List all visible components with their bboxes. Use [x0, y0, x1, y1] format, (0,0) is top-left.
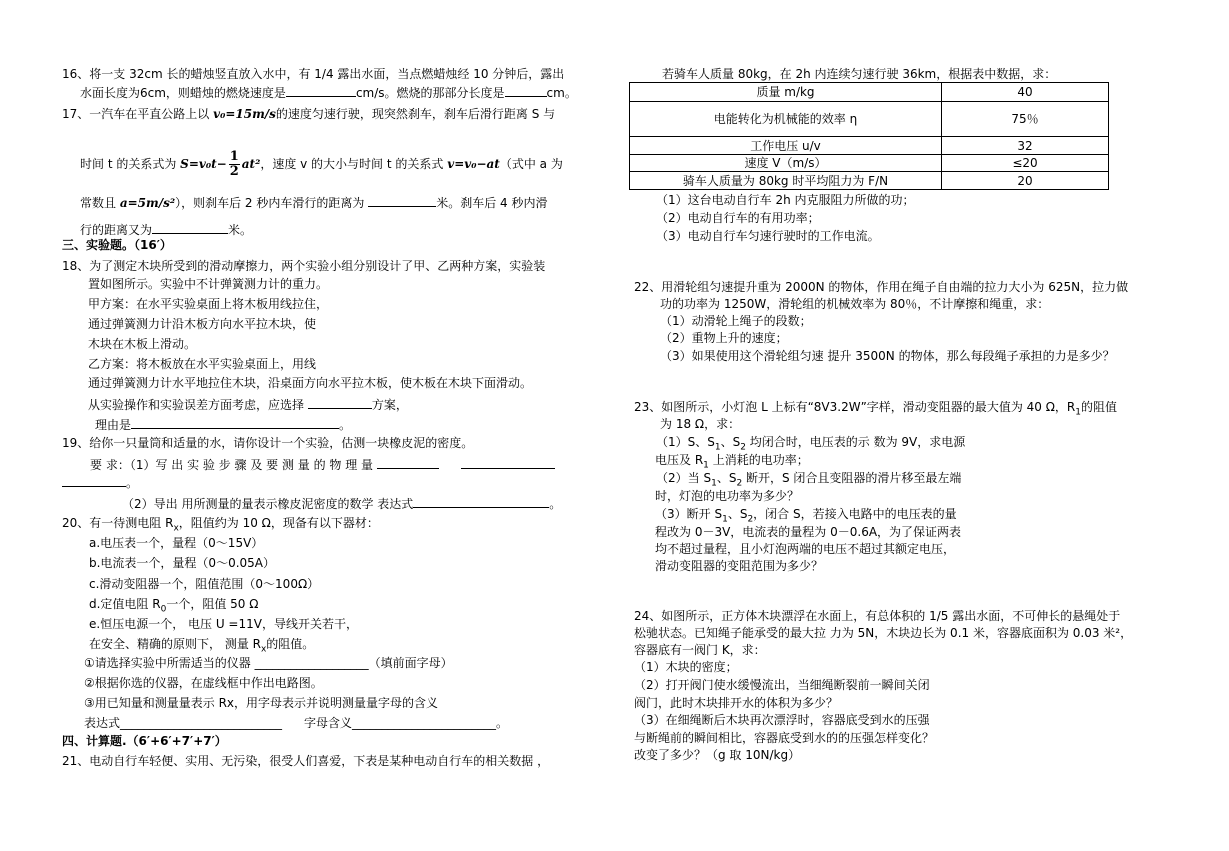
q16-blank-length[interactable] — [505, 84, 547, 97]
q16-line2: 水面长度为6cm，则蜡烛的燃烧速度是cm/s。燃烧的那部分长度是cm。 — [80, 84, 577, 101]
q19-line1: 19、给你一只量筒和适量的水，请你设计一个实验，估测一块橡皮泥的密度。 — [62, 435, 473, 451]
q18-line6: 乙方案：将木板放在水平实验桌面上，用线 — [88, 356, 316, 372]
q17-line3: 常数且 a=5m/s²），则刹车后 2 秒内车滑行的距离为 米。刹车后 4 秒内… — [80, 194, 547, 211]
q18-line2: 置如图所示。实验中不计弹簧测力计的重力。 — [88, 276, 328, 292]
table-row: 电能转化为机械能的效率 η75％ — [630, 102, 1109, 137]
q22-line2: 功的功率为 1250W，滑轮组的机械效率为 80％，不计摩擦和绳重，求： — [660, 296, 1049, 312]
q18-line3: 甲方案：在水平实验桌面上将木板用线拉住， — [88, 296, 328, 312]
q17-blank-4s[interactable] — [152, 221, 228, 234]
q18-line8: 从实验操作和实验误差方面考虑，应选择 方案， — [88, 396, 408, 413]
section-heading-experiments: 三、实验题。（16′） — [62, 237, 172, 253]
ebike-spec-table: 质量 m/kg40 电能转化为机械能的效率 η75％ 工作电压 u/v32 速度… — [629, 82, 1109, 190]
q20-item-e: e.恒压电源一个， 电压 U =11V，导线开关若干， — [89, 616, 358, 632]
q23-part2-cont: 时，灯泡的电功率为多少？ — [655, 488, 799, 504]
formula-v0: v₀=15m/s — [213, 107, 276, 121]
q19-blank-a[interactable] — [377, 456, 439, 469]
q19-blank-c[interactable] — [62, 474, 126, 487]
q24-part3-cont: 与断绳前的瞬间相比，容器底受到水的的压强怎样变化？ — [634, 730, 934, 746]
q21-continuation: 若骑车人质量 80kg，在 2h 内连续匀速行驶 36km，根据表中数据，求： — [662, 66, 1056, 82]
table-row: 工作电压 u/v32 — [630, 137, 1109, 155]
q24-part2: （2）打开阀门使水缓慢流出，当细绳断裂前一瞬间关闭 — [634, 677, 930, 693]
q16-line1: 16、将一支 32cm 长的蜡烛竖直放入水中，有 1/4 露出水面，当点燃蜡烛经… — [62, 66, 564, 82]
q19-blank-b[interactable] — [461, 456, 555, 469]
q20-blank-instruments[interactable]: ___________________ — [255, 656, 369, 670]
q18-blank-choice[interactable] — [308, 396, 372, 409]
fraction-half: 12 — [229, 150, 240, 179]
q24-line3: 容器底有一阀门 K，求： — [634, 642, 766, 658]
q18-line4: 通过弹簧测力计沿木板方向水平拉木块，使 — [88, 316, 316, 332]
q20-blank-meaning[interactable]: 字母含义________________________。 — [304, 716, 508, 730]
q22-part1: （1）动滑轮上绳子的段数； — [660, 313, 812, 329]
q20-item-c: c.滑动变阻器一个，阻值范围（0～100Ω） — [89, 576, 319, 592]
q18-line1: 18、为了测定木块所受到的滑动摩擦力，两个实验小组分别设计了甲、乙两种方案，实验… — [62, 258, 545, 274]
q19-line3: 。 — [62, 474, 138, 491]
formula-s: S=v₀t− — [180, 157, 227, 171]
q20-line1: 20、有一待测电阻 Rx，阻值约为 10 Ω，现备有以下器材： — [62, 515, 379, 536]
q24-part1: （1）木块的密度； — [634, 659, 738, 675]
q22-part2: （2）重物上升的速度； — [660, 330, 788, 346]
q24-part2-cont: 阀门，此时木块排开水的体积为多少？ — [634, 695, 838, 711]
q19-blank-expr[interactable] — [413, 495, 549, 508]
q24-part3-end: 改变了多少？（g 取 10N/kg） — [634, 747, 800, 763]
q22-part3: （3）如果使用这个滑轮组匀速 提升 3500N 的物体，那么每段绳子承担的力是多… — [660, 348, 1115, 364]
q20-sub3: ③用已知量和测量量表示 Rx，用字母表示并说明测量量字母的含义 — [84, 695, 438, 711]
q20-item-a: a.电压表一个，量程（0～15V） — [89, 535, 263, 551]
q17-line4: 行的距离又为米。 — [80, 221, 252, 238]
q20-expression: 表达式___________________________字母含义______… — [84, 715, 508, 731]
q20-item-b: b.电流表一个，量程（0～0.05A） — [89, 555, 275, 571]
q20-item-d: d.定值电阻 R0一个，阻值 50 Ω — [89, 596, 258, 617]
q20-sub1: ①请选择实验中所需适当的仪器 ___________________（填前面字母… — [84, 655, 453, 671]
q20-blank-expression[interactable]: 表达式___________________________ — [84, 716, 282, 730]
q17-line1: 17、一汽车在平直公路上以 v₀=15m/s的速度匀速行驶，现突然刹车，刹车后滑… — [62, 106, 555, 122]
section-heading-calculation: 四、计算题.（6′+6′+7′+7′） — [62, 733, 227, 749]
q18-line7: 通过弹簧测力计水平地拉住木块，沿桌面方向水平拉木板，使木板在木块下面滑动。 — [88, 375, 532, 391]
q17-blank-2s[interactable] — [368, 194, 436, 207]
q23-line2: 为 18 Ω，求： — [660, 416, 740, 432]
q21-part2: （2）电动自行车的有用功率； — [656, 210, 820, 226]
formula-a: a=5m/s² — [120, 196, 175, 210]
q19-line2: 要 求：（1）写 出 实 验 步 骤 及 要 测 量 的 物 理 量 — [90, 456, 555, 473]
q18-line9: 理由是。 — [95, 416, 351, 433]
q21-part1: （1）这台电动自行车 2h 内克服阻力所做的功； — [656, 192, 915, 208]
table-row: 速度 V（m/s）≤20 — [630, 155, 1109, 172]
formula-v: v=v₀−at — [447, 157, 500, 171]
q18-line5: 木块在木板上滑动。 — [88, 336, 196, 352]
q22-line1: 22、用滑轮组匀速提升重为 2000N 的物体，作用在绳子自由端的拉力大小为 6… — [634, 279, 1128, 295]
q23-part3-line3: 均不超过量程，且小灯泡两端的电压不超过其额定电压， — [655, 541, 955, 557]
q18-blank-reason[interactable] — [131, 416, 339, 429]
q19-line4: （2）导出 用所测量的量表示橡皮泥密度的数学 表达式。 — [122, 495, 561, 512]
q17-line2: 时间 t 的关系式为 S=v₀t−12at²，速度 v 的大小与时间 t 的关系… — [80, 150, 563, 179]
q23-part3-line4: 滑动变阻器的变阻范围为多少？ — [655, 558, 823, 574]
q23-part3-line2: 程改为 0－3V，电流表的量程为 0－0.6A，为了保证两表 — [655, 524, 961, 540]
q24-part3: （3）在细绳断后木块再次漂浮时，容器底受到水的压强 — [634, 712, 930, 728]
q24-line2: 松驰状态。已知绳子能承受的最大拉 力为 5N，木块边长为 0.1 米，容器底面积… — [634, 625, 1132, 641]
q21-intro: 21、电动自行车轻便、实用、无污染，很受人们喜爱，下表是某种电动自行车的相关数据… — [62, 753, 549, 769]
table-row: 质量 m/kg40 — [630, 83, 1109, 102]
table-row: 骑车人质量为 80kg 时平均阻力为 F/N20 — [630, 172, 1109, 190]
q16-blank-speed[interactable] — [286, 84, 356, 97]
q24-line1: 24、如图所示，正方体木块漂浮在水面上，有总体积的 1/5 露出水面，不可伸长的… — [634, 608, 1120, 624]
q21-part3: （3）电动自行车匀速行驶时的工作电流。 — [656, 228, 880, 244]
q20-sub2: ②根据你选的仪器，在虚线框中作出电路图。 — [84, 675, 323, 691]
